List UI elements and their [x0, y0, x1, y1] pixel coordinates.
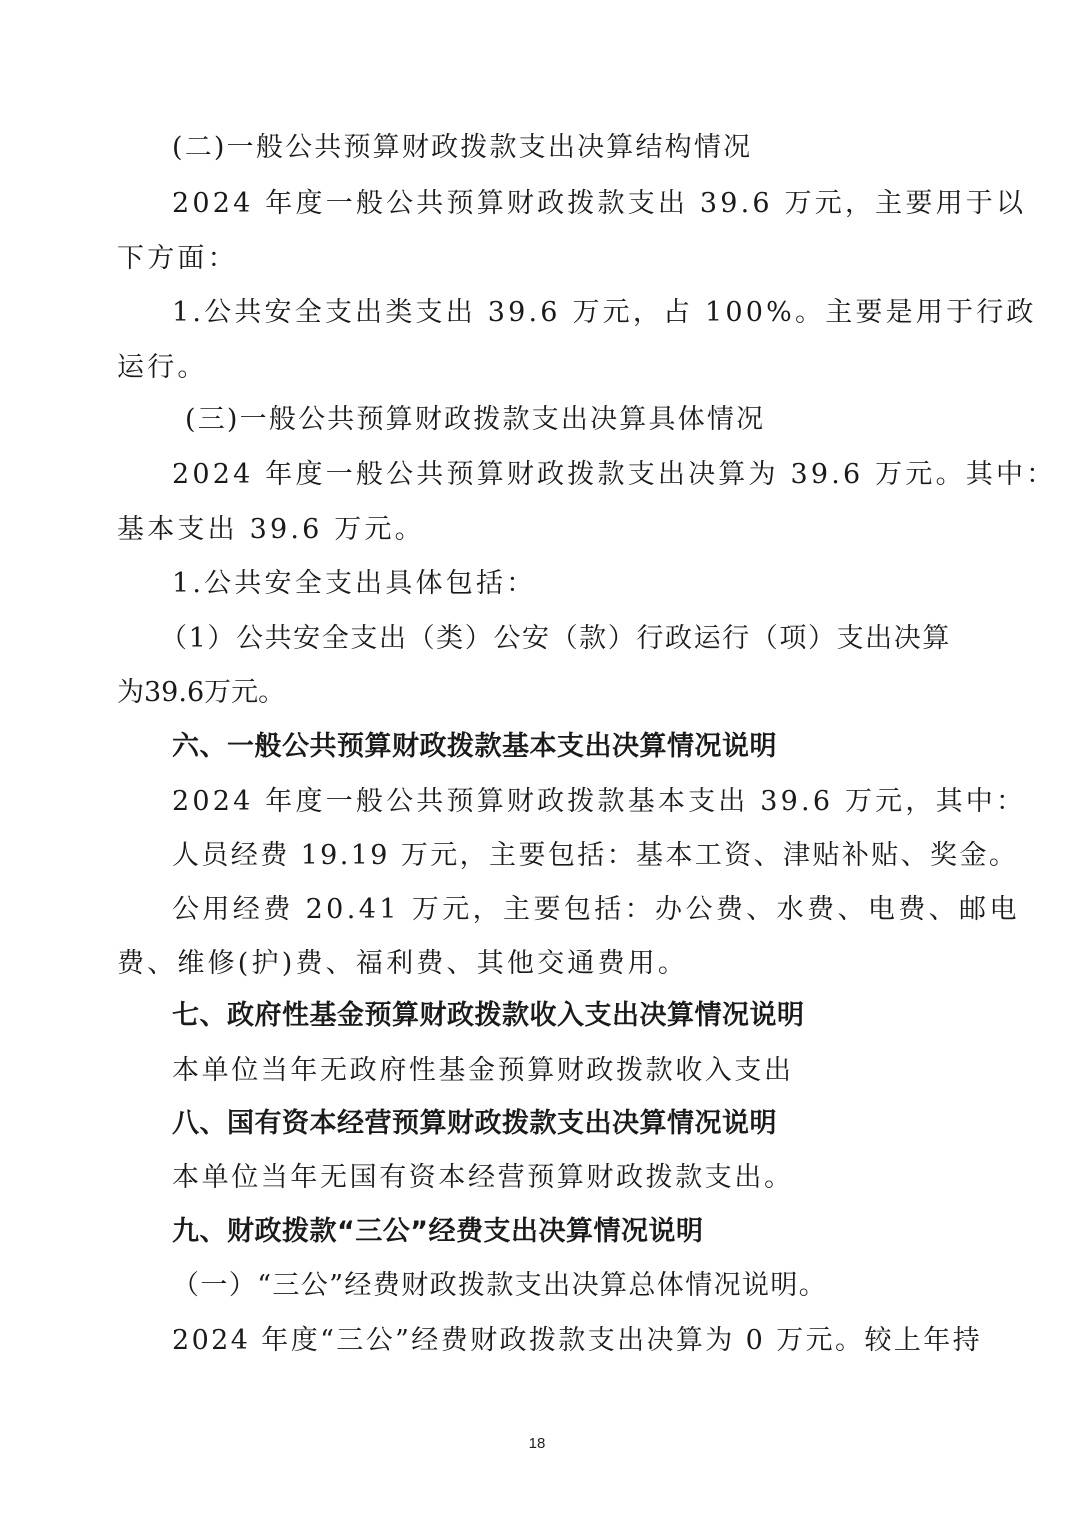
- paragraph-line: 为39.6万元。: [117, 675, 285, 711]
- section-heading-9: 九、财政拨款“三公”经费支出决算情况说明: [172, 1214, 704, 1250]
- paragraph-line: 下方面：: [117, 241, 238, 277]
- paragraph-line: 本单位当年无政府性基金预算财政拨款收入支出: [172, 1053, 794, 1089]
- paragraph-line: 本单位当年无国有资本经营预算财政拨款支出。: [172, 1160, 794, 1196]
- paragraph-line: 2024 年度一般公共预算财政拨款支出 39.6 万元，主要用于以: [172, 186, 1026, 222]
- subheading-expenditure-details: (三)一般公共预算财政拨款支出决算具体情况: [185, 402, 765, 438]
- section-heading-8: 八、国有资本经营预算财政拨款支出决算情况说明: [172, 1106, 777, 1142]
- paragraph-line: 运行。: [117, 350, 208, 386]
- paragraph-line: 1.公共安全支出具体包括：: [172, 566, 536, 602]
- paragraph-line: 公用经费 20.41 万元，主要包括：办公费、水费、电费、邮电: [172, 892, 1020, 928]
- paragraph-line: 2024 年度一般公共预算财政拨款基本支出 39.6 万元，其中：: [172, 784, 1026, 820]
- paragraph-line: 1.公共安全支出类支出 39.6 万元，占 100%。主要是用于行政: [172, 295, 1037, 331]
- paragraph-line: 费、维修(护)费、福利费、其他交通费用。: [117, 946, 688, 982]
- paragraph-line: 基本支出 39.6 万元。: [117, 512, 425, 548]
- section-heading-6: 六、一般公共预算财政拨款基本支出决算情况说明: [172, 729, 777, 765]
- page-number: 18: [0, 1435, 1074, 1452]
- subheading-three-public-overview: （一）“三公”经费财政拨款支出决算总体情况说明。: [172, 1268, 827, 1304]
- section-heading-7: 七、政府性基金预算财政拨款收入支出决算情况说明: [172, 998, 805, 1034]
- paragraph-line: 2024 年度“三公”经费财政拨款支出决算为 0 万元。较上年持: [172, 1323, 982, 1359]
- paragraph-line: 2024 年度一般公共预算财政拨款支出决算为 39.6 万元。其中：: [172, 457, 1056, 493]
- paragraph-line: （1）公共安全支出（类）公安（款）行政运行（项）支出决算: [160, 621, 951, 657]
- paragraph-line: 人员经费 19.19 万元，主要包括：基本工资、津贴补贴、奖金。: [172, 838, 1018, 874]
- subheading-expenditure-structure: (二)一般公共预算财政拨款支出决算结构情况: [172, 130, 752, 166]
